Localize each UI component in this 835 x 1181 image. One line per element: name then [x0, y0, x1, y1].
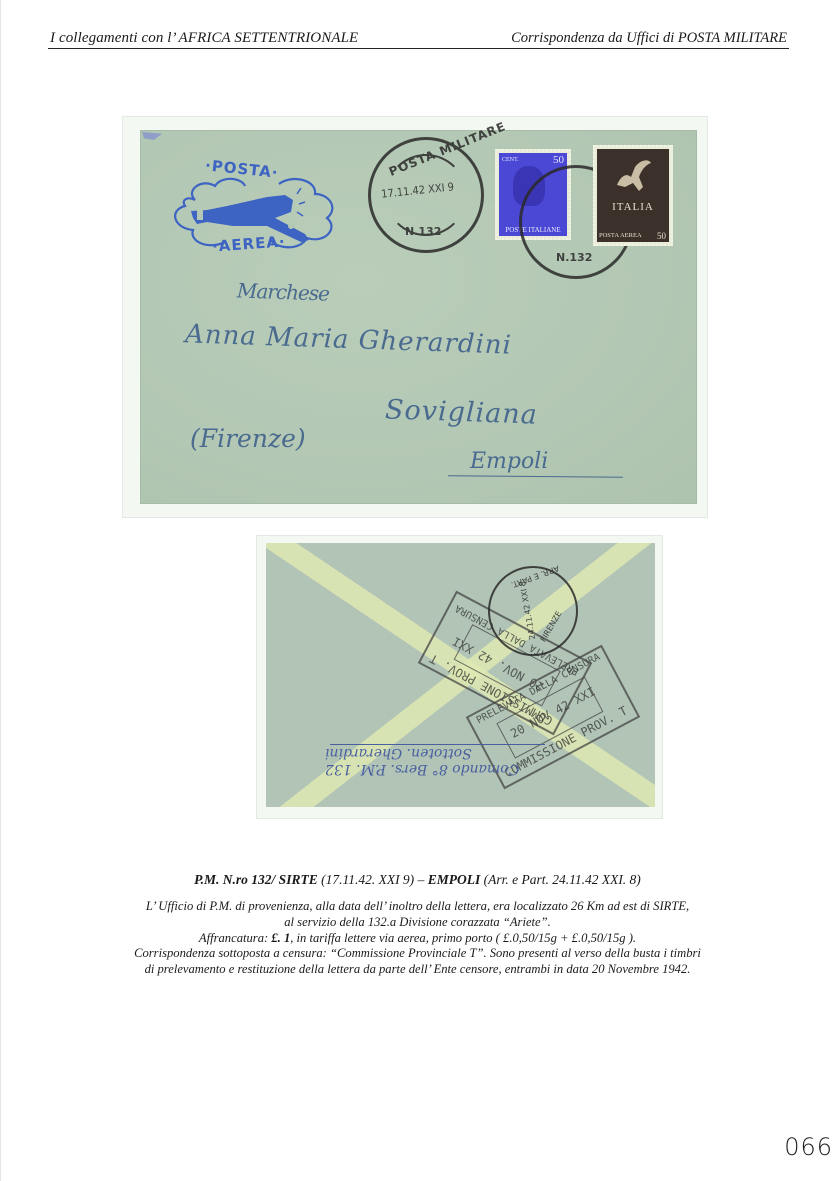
pegasus-icon [613, 157, 653, 195]
caption-destination-date: (Arr. e Part. 24.11.42 XXI. 8) [484, 872, 641, 887]
caption-separator: – [418, 872, 425, 887]
address-line-town: Sovigliana [385, 394, 539, 430]
header-right-title: Corrispondenza da Uffici di POSTA MILITA… [511, 30, 787, 47]
caption-destination: EMPOLI [428, 872, 481, 887]
stamp-value: 50 [553, 154, 564, 166]
caption-description: L’ Ufficio di P.M. di provenienza, alla … [60, 899, 775, 978]
postmark-city: FIRENZE [539, 609, 564, 643]
caption-title: P.M. N.ro 132/ SIRTE (17.11.42. XXI 9) –… [0, 872, 835, 888]
stamp-cent-label: CENT. [502, 157, 519, 163]
caption-text: Affrancatura: [199, 931, 271, 945]
caption-origin-date: (17.11.42. XXI 9) [321, 872, 414, 887]
page-number: 066 [784, 1133, 833, 1161]
caption-line: Affrancatura: £. 1, in tariffa lettere v… [60, 931, 775, 947]
caption-line: L’ Ufficio di P.M. di provenienza, alla … [60, 899, 775, 915]
address-line-title: Marchese [237, 278, 330, 305]
postmark-number: N.132 [405, 225, 441, 238]
postmark-top-text: ARR. E PART. [510, 564, 560, 590]
caption-origin: P.M. N.ro 132/ SIRTE [194, 872, 318, 887]
stamp-posta-aerea: ITALIA POSTA AEREA 50 [593, 145, 673, 246]
page-edge [0, 0, 1, 1181]
postmark-number: N.132 [556, 251, 592, 264]
sender-note-line: Comando 8° Bers. P.M. 132 [325, 761, 519, 777]
page-header: I collegamenti con l’ AFRICA SETTENTRION… [48, 28, 789, 49]
arrival-postmark: ARR. E PART. 24.11.42 XXI 8 FIRENZE [488, 566, 578, 656]
caption-line: Corrispondenza sottoposta a censura: “Co… [60, 946, 775, 962]
address-line-province: (Firenze) [190, 424, 306, 453]
stamp-country: ITALIA [599, 201, 667, 213]
address-line-city: Empoli [470, 449, 548, 474]
header-left-title: I collegamenti con l’ AFRICA SETTENTRION… [50, 30, 358, 47]
sender-note-line: Sottoten. Gherardini [325, 745, 519, 761]
caption-text: , in tariffa lettere via aerea, primo po… [290, 931, 636, 945]
posta-aerea-logo: ·POSTA· ·AEREA· [167, 160, 347, 265]
stamp-value: 50 [657, 231, 666, 241]
caption-line: di prelevamento e restituzione della let… [60, 962, 775, 978]
postmark-date: 24.11.42 XXI 8 [518, 581, 537, 641]
caption-postage-amount: £. 1 [271, 931, 290, 945]
origin-postmark: POSTA MILITARE 17.11.42 XXI 9 N.132 [368, 137, 484, 253]
caption-line: al servizio della 132.a Divisione corazz… [60, 915, 775, 931]
sender-note: Comando 8° Bers. P.M. 132 Sottoten. Gher… [325, 745, 519, 777]
